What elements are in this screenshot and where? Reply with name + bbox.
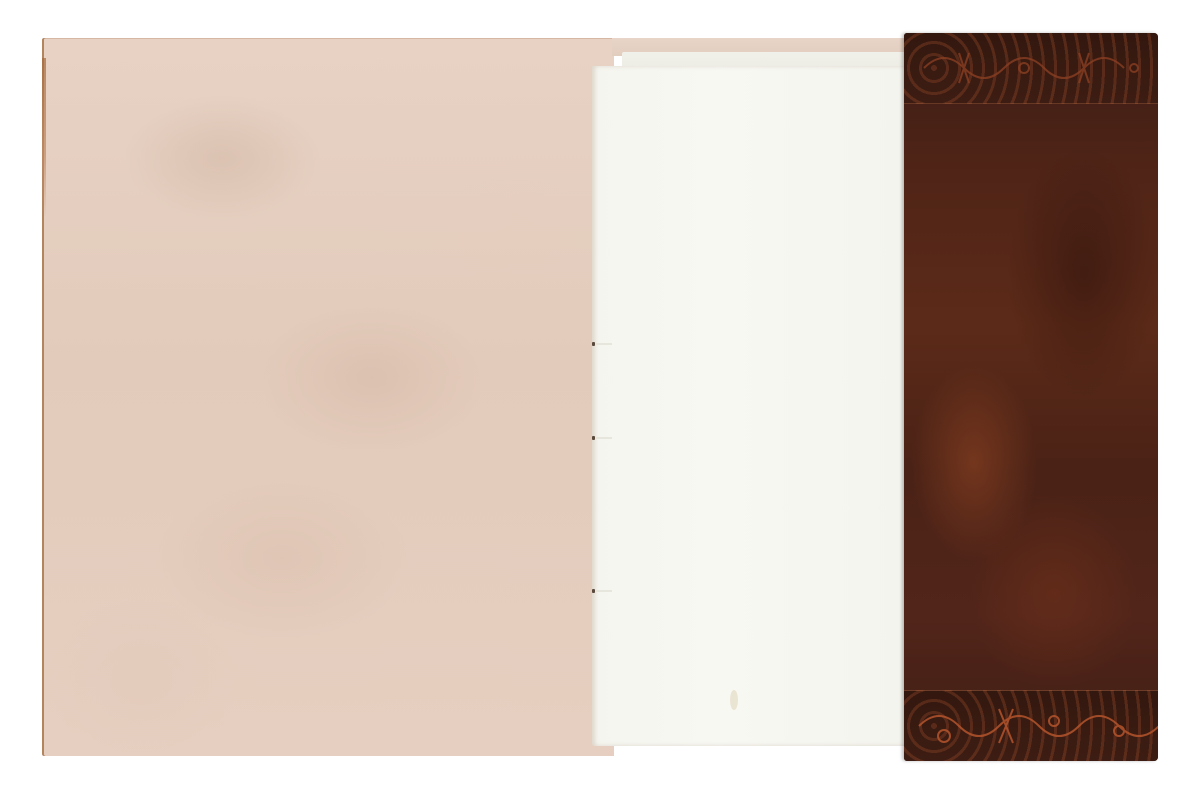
paper-spot [730,690,738,710]
binding-stitch [596,590,612,592]
floral-ornament-icon [904,33,1158,103]
journal-photo [0,0,1200,798]
blank-pages [592,66,912,746]
leather-flap [904,33,1158,761]
embossed-floral-border-top [904,33,1158,104]
binding-stitch [596,437,612,439]
embossed-floral-border-bottom [904,690,1158,761]
binding-stitch [596,343,612,345]
floral-ornament-icon [904,691,1158,761]
inner-front-cover [42,38,614,756]
